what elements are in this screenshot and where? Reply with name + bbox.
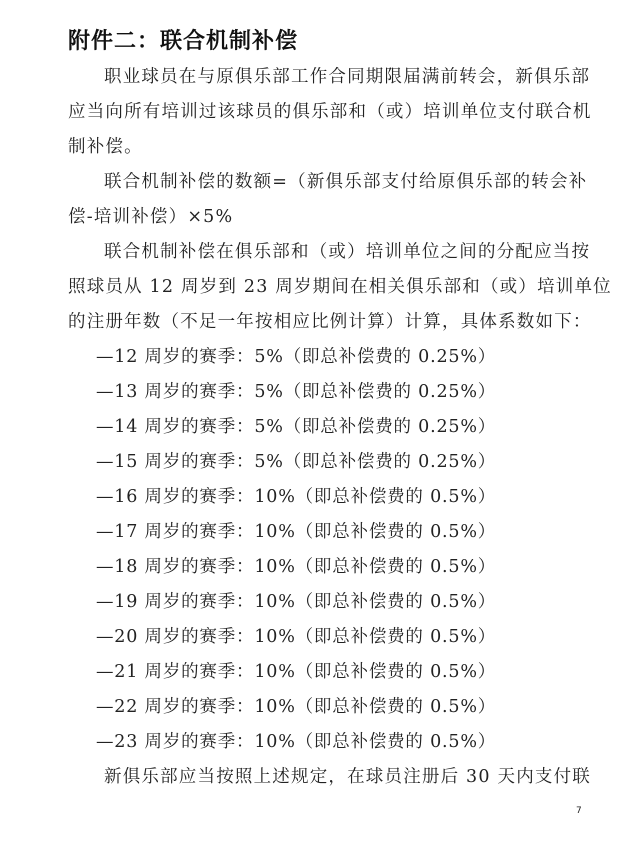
coefficient-item-16: —16 周岁的赛季：10%（即总补偿费的 0.5%） bbox=[96, 486, 496, 508]
closing-paragraph-line: 新俱乐部应当按照上述规定，在球员注册后 30 天内支付联 bbox=[104, 766, 591, 788]
page-number: 7 bbox=[576, 806, 582, 816]
coefficient-item-17: —17 周岁的赛季：10%（即总补偿费的 0.5%） bbox=[96, 521, 496, 543]
paragraph-2-line-1: 联合机制补偿的数额=（新俱乐部支付给原俱乐部的转会补 bbox=[104, 171, 587, 193]
page-title: 附件二：联合机制补偿 bbox=[68, 24, 298, 55]
paragraph-3-line-1: 联合机制补偿在俱乐部和（或）培训单位之间的分配应当按 bbox=[104, 241, 590, 263]
paragraph-1-line-1: 职业球员在与原俱乐部工作合同期限届满前转会，新俱乐部 bbox=[104, 66, 590, 88]
coefficient-item-12: —12 周岁的赛季：5%（即总补偿费的 0.25%） bbox=[96, 346, 496, 368]
coefficient-item-20: —20 周岁的赛季：10%（即总补偿费的 0.5%） bbox=[96, 626, 496, 648]
coefficient-item-21: —21 周岁的赛季：10%（即总补偿费的 0.5%） bbox=[96, 661, 496, 683]
coefficient-item-14: —14 周岁的赛季：5%（即总补偿费的 0.25%） bbox=[96, 416, 496, 438]
document-page: 附件二：联合机制补偿 职业球员在与原俱乐部工作合同期限届满前转会，新俱乐部 应当… bbox=[0, 0, 641, 854]
coefficient-item-23: —23 周岁的赛季：10%（即总补偿费的 0.5%） bbox=[96, 731, 496, 753]
coefficient-item-18: —18 周岁的赛季：10%（即总补偿费的 0.5%） bbox=[96, 556, 496, 578]
coefficient-item-15: —15 周岁的赛季：5%（即总补偿费的 0.25%） bbox=[96, 451, 496, 473]
coefficient-item-19: —19 周岁的赛季：10%（即总补偿费的 0.5%） bbox=[96, 591, 496, 613]
paragraph-3-line-2: 照球员从 12 周岁到 23 周岁期间在相关俱乐部和（或）培训单位 bbox=[68, 276, 612, 298]
coefficient-item-22: —22 周岁的赛季：10%（即总补偿费的 0.5%） bbox=[96, 696, 496, 718]
paragraph-1-line-2: 应当向所有培训过该球员的俱乐部和（或）培训单位支付联合机 bbox=[68, 101, 592, 123]
paragraph-3-line-3: 的注册年数（不足一年按相应比例计算）计算，具体系数如下： bbox=[68, 311, 592, 333]
coefficient-item-13: —13 周岁的赛季：5%（即总补偿费的 0.25%） bbox=[96, 381, 496, 403]
paragraph-1-line-3: 制补偿。 bbox=[68, 136, 143, 158]
paragraph-2-line-2: 偿-培训补偿）×5% bbox=[68, 206, 233, 228]
